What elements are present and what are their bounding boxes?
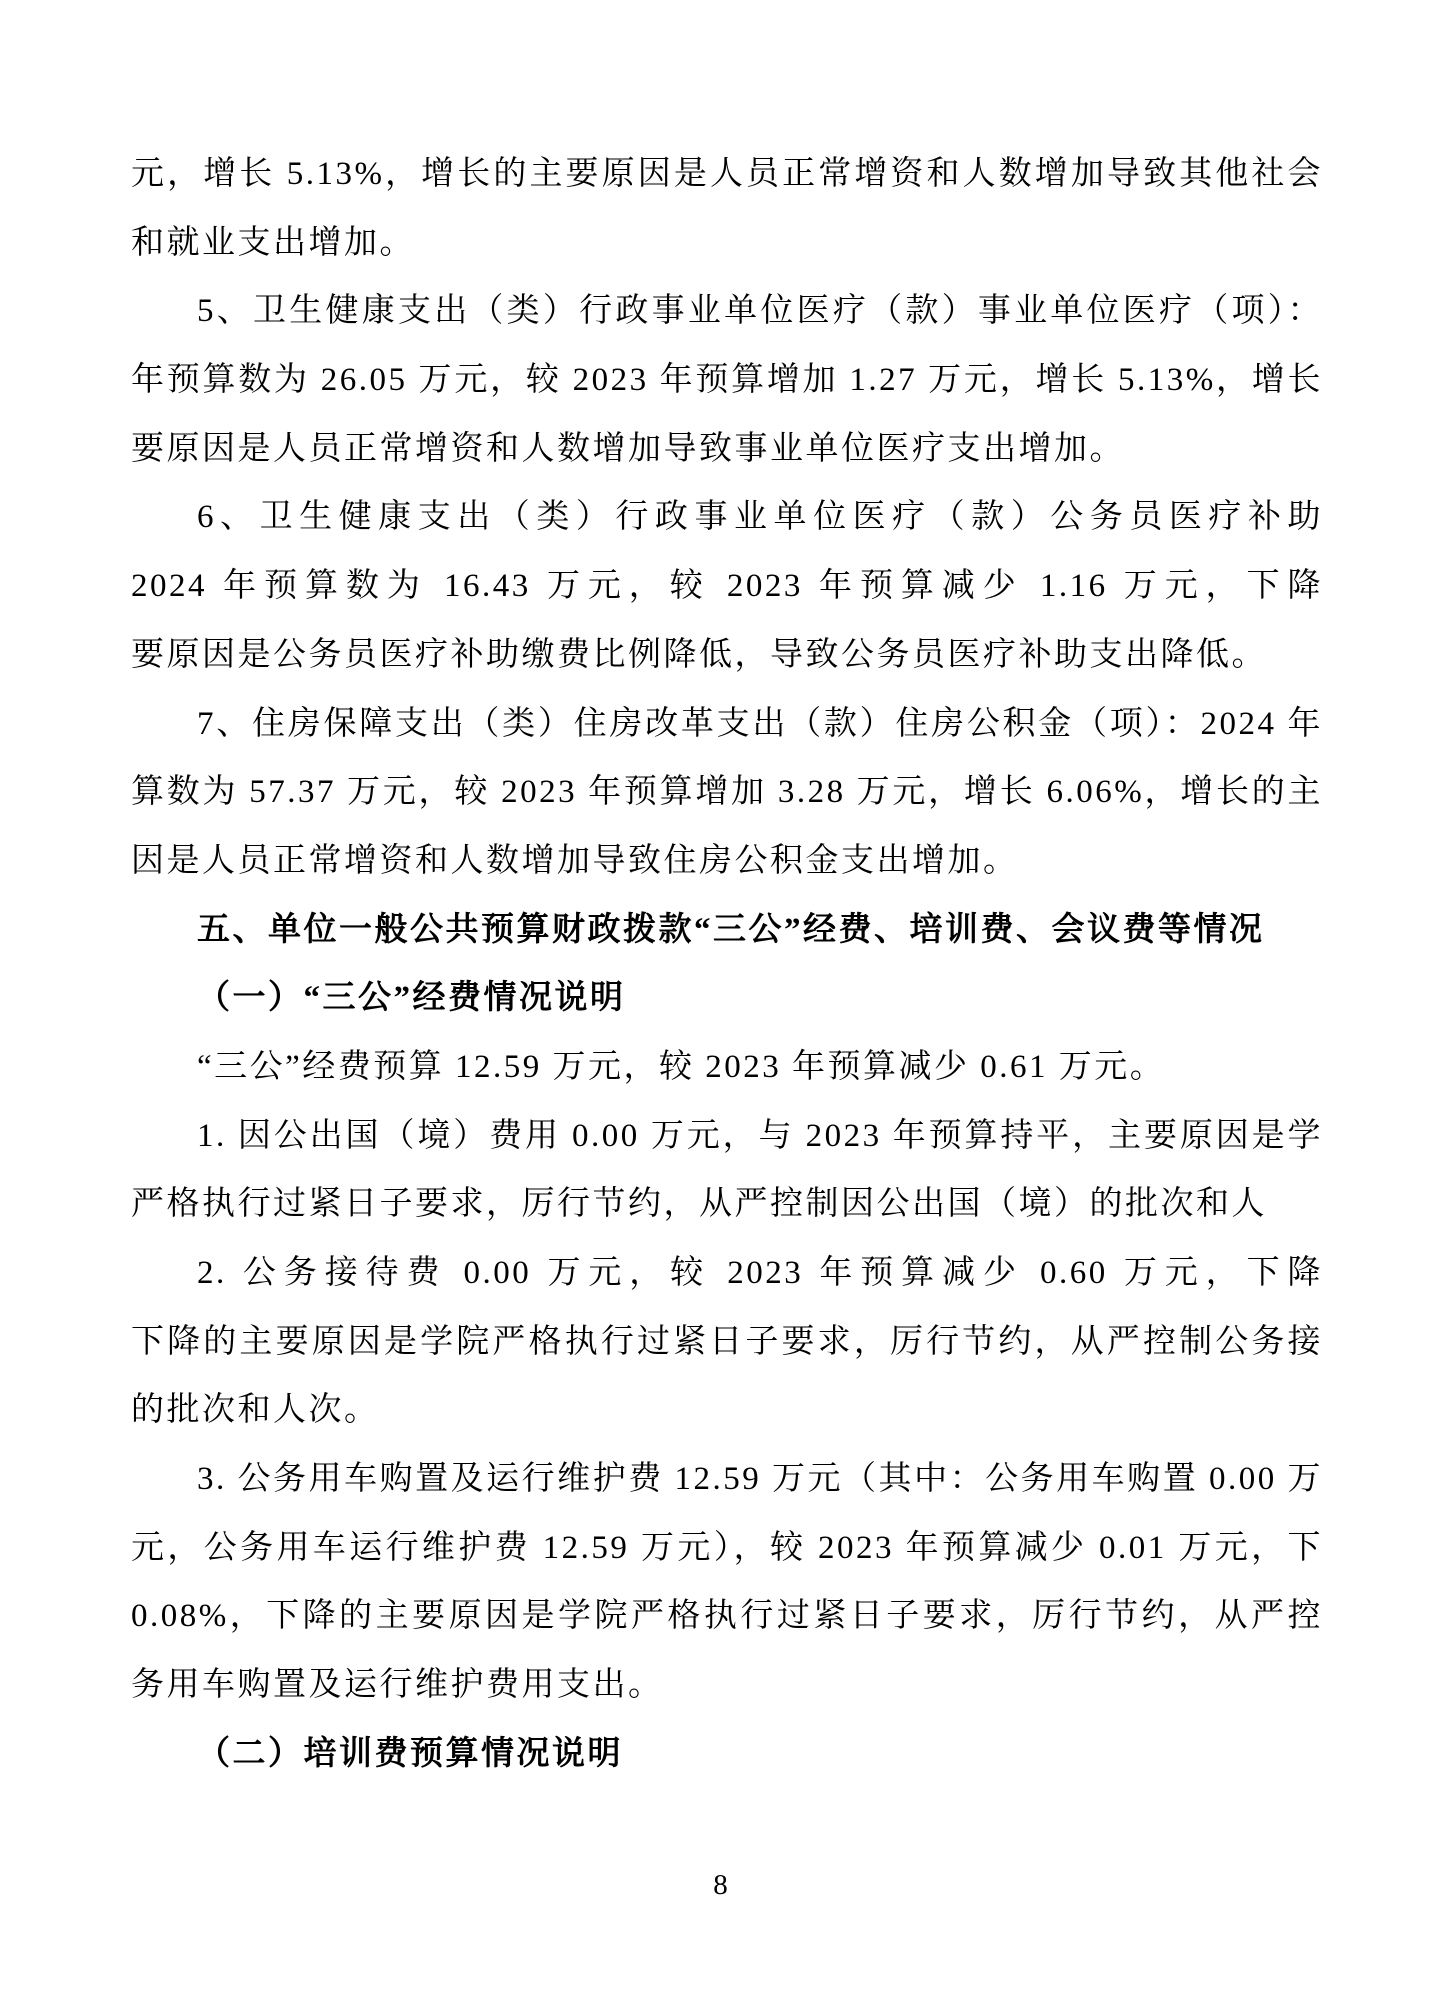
text-line: “三公”经费预算 12.59 万元，较 2023 年预算减少 0.61 万元。 <box>131 1033 1323 1102</box>
text-line: 务用车购置及运行维护费用支出。 <box>131 1651 1323 1720</box>
text-line: 算数为 57.37 万元，较 2023 年预算增加 3.28 万元，增长 6.0… <box>131 758 1323 827</box>
text-line: 因是人员正常增资和人数增加导致住房公积金支出增加。 <box>131 827 1323 896</box>
section-heading-line: （一）“三公”经费情况说明 <box>131 964 1323 1033</box>
page-number: 8 <box>0 1868 1441 1902</box>
text-line: 2. 公务接待费 0.00 万元，较 2023 年预算减少 0.60 万元，下降… <box>131 1239 1323 1308</box>
text-line: 元，增长 5.13%，增长的主要原因是人员正常增资和人数增加导致其他社会保障 <box>131 140 1323 209</box>
text-line: 1. 因公出国（境）费用 0.00 万元，与 2023 年预算持平，主要原因是学… <box>131 1102 1323 1171</box>
text-line: 7、住房保障支出（类）住房改革支出（款）住房公积金（项）：2024 年预 <box>131 690 1323 759</box>
text-line: 6、卫生健康支出（类）行政事业单位医疗（款）公务员医疗补助（项）： <box>131 483 1323 552</box>
text-line: 2024 年预算数为 16.43 万元，较 2023 年预算减少 1.16 万元… <box>131 552 1323 621</box>
section-heading-line: 五、单位一般公共预算财政拨款“三公”经费、培训费、会议费等情况 <box>131 896 1323 965</box>
text-line: 和就业支出增加。 <box>131 209 1323 278</box>
text-line: 要原因是公务员医疗补助缴费比例降低，导致公务员医疗补助支出降低。 <box>131 621 1323 690</box>
text-line: 5、卫生健康支出（类）行政事业单位医疗（款）事业单位医疗（项）：2024 <box>131 277 1323 346</box>
section-heading-line: （二）培训费预算情况说明 <box>131 1720 1323 1789</box>
document-page: 元，增长 5.13%，增长的主要原因是人员正常增资和人数增加导致其他社会保障和就… <box>0 0 1441 2001</box>
text-line: 3. 公务用车购置及运行维护费 12.59 万元（其中：公务用车购置 0.00 … <box>131 1445 1323 1514</box>
text-line: 严格执行过紧日子要求，厉行节约，从严控制因公出国（境）的批次和人次。 <box>131 1170 1323 1239</box>
text-line: 0.08%，下降的主要原因是学院严格执行过紧日子要求，厉行节约，从严控制公 <box>131 1582 1323 1651</box>
text-line: 的批次和人次。 <box>131 1376 1323 1445</box>
document-body: 元，增长 5.13%，增长的主要原因是人员正常增资和人数增加导致其他社会保障和就… <box>131 140 1323 1789</box>
text-line: 元，公务用车运行维护费 12.59 万元），较 2023 年预算减少 0.01 … <box>131 1514 1323 1583</box>
text-line: 要原因是人员正常增资和人数增加导致事业单位医疗支出增加。 <box>131 415 1323 484</box>
text-line: 下降的主要原因是学院严格执行过紧日子要求，厉行节约，从严控制公务接待 <box>131 1308 1323 1377</box>
text-line: 年预算数为 26.05 万元，较 2023 年预算增加 1.27 万元，增长 5… <box>131 346 1323 415</box>
